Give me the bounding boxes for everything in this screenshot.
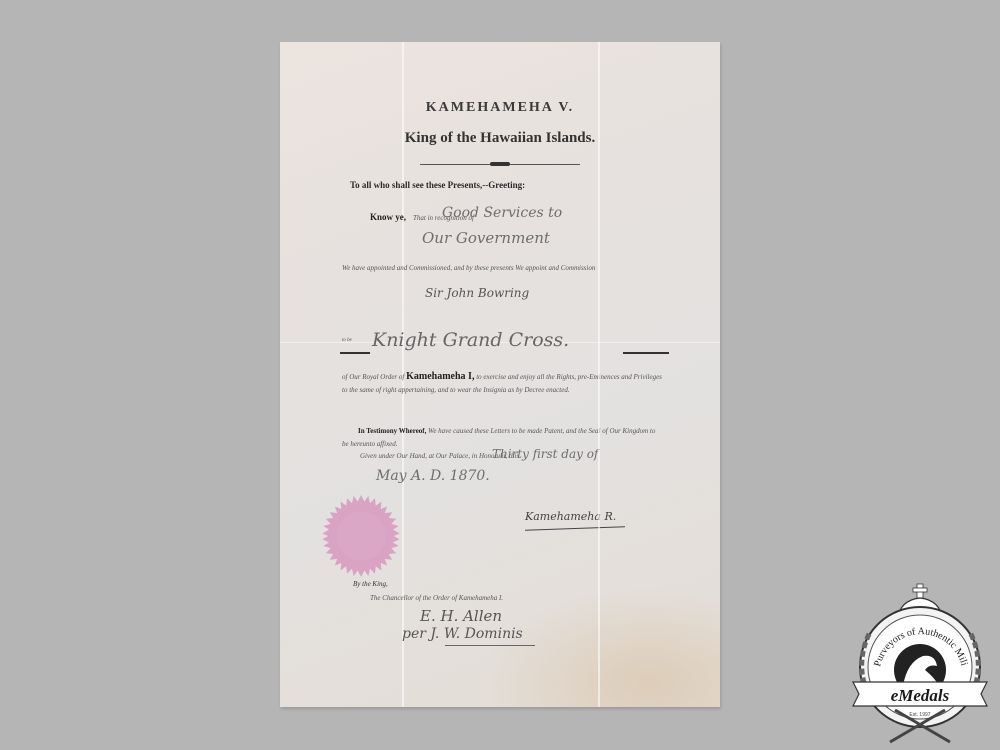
watermark-brand: eMedals (891, 686, 950, 705)
handwritten-day: Thirty first day of (492, 447, 598, 461)
by-the-king-label: By the King, (353, 580, 388, 588)
handwritten-reason-line2: Our Government (422, 229, 550, 247)
chancellor-label: The Chancellor of the Order of Kamehameh… (370, 594, 503, 602)
rank-title: Knight Grand Cross. (372, 329, 569, 351)
watermark-established: Est. 1997 (909, 712, 930, 718)
king-signature: Kamehameha R. (525, 510, 616, 523)
rank-underline-right (623, 352, 669, 354)
order-name: Kamehameha I, (406, 371, 474, 382)
recipient-name: Sir John Bowring (425, 286, 529, 300)
secondary-signature: per J. W. Dominis (402, 626, 523, 642)
testimony-label: In Testimony Whereof, (358, 427, 426, 435)
commission-document: KAMEHAMEHA V. King of the Hawaiian Islan… (280, 42, 720, 707)
wax-seal-icon (320, 495, 402, 577)
king-signature-flourish (525, 526, 625, 530)
document-subtitle: King of the Hawaiian Islands. (280, 130, 720, 147)
rank-underline-left (340, 352, 370, 354)
appointment-text: We have appointed and Commissioned, and … (342, 264, 595, 272)
emedals-logo-icon: Purveyors of Authentic Militaria eMedals… (845, 582, 995, 747)
chancellor-signature: E. H. Allen (420, 607, 502, 625)
handwritten-date: May A. D. 1870. (376, 468, 490, 484)
paper-stain (480, 587, 720, 707)
signature-flourish (445, 645, 535, 646)
document-title-king-name: KAMEHAMEHA V. (280, 100, 720, 116)
order-paragraph: of Our Royal Order of Kamehameha I, to e… (342, 370, 662, 397)
handwritten-reason-line1: Good Services to (442, 205, 562, 221)
order-prefix: of Our Royal Order of (342, 373, 404, 381)
to-be-label: to be (342, 338, 352, 343)
greeting-line: To all who shall see these Presents,--Gr… (350, 180, 525, 190)
know-ye-label: Know ye, (370, 212, 406, 222)
title-divider-ornament (490, 162, 510, 166)
